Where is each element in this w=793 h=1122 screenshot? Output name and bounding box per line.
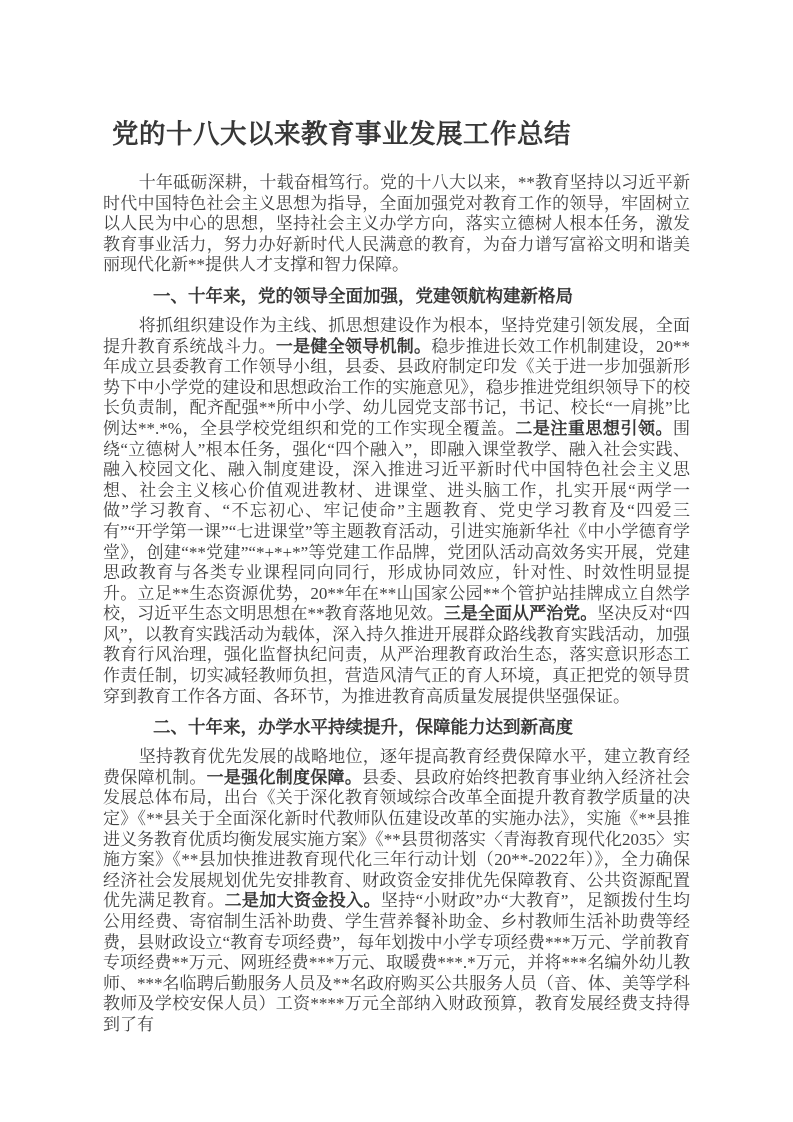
document-page: 党的十八大以来教育事业发展工作总结 十年砥砺深耕，十载奋楫笃行。党的十八大以来，… bbox=[0, 0, 793, 1122]
text-run: 坚持“小财政”办“大教育”，足额拨付生均公用经费、寄宿制生活补助费、学生营养餐补… bbox=[103, 891, 690, 1034]
text-run: 围绕“立德树人”根本任务，强化“四个融入”，即融入课堂教学、融入社会实践、融入校… bbox=[103, 419, 690, 623]
emphasis-run: 三是全面从严治党。 bbox=[444, 604, 597, 623]
section-2-body-paragraph: 坚持教育优先发展的战略地位，逐年提高教育经费保障水平，建立教育经费保障机制。一是… bbox=[103, 747, 690, 1035]
emphasis-run: 一是强化制度保障。 bbox=[207, 768, 362, 787]
emphasis-run: 一是健全领导机制。 bbox=[276, 337, 432, 356]
emphasis-run: 二是注重思想引领。 bbox=[515, 419, 673, 438]
text-run: 十年砥砺深耕，十载奋楫笃行。党的十八大以来，**教育坚持以习近平新时代中国特色社… bbox=[103, 173, 690, 274]
emphasis-run: 二是加大资金投入。 bbox=[225, 891, 381, 910]
section-2-heading: 二、十年来，办学水平持续提升，保障能力达到新高度 bbox=[103, 716, 690, 738]
section-1-body-paragraph: 将抓组织建设作为主线、抓思想建设作为根本，坚持党建引领发展，全面提升教育系统战斗… bbox=[103, 316, 690, 707]
text-run: 县委、县政府始终把教育事业纳入经济社会发展总体布局，出台《关于深化教育领域综合改… bbox=[103, 768, 690, 911]
section-1-heading: 一、十年来，党的领导全面加强，党建领航构建新格局 bbox=[103, 285, 690, 307]
document-title: 党的十八大以来教育事业发展工作总结 bbox=[103, 119, 690, 150]
intro-paragraph: 十年砥砺深耕，十载奋楫笃行。党的十八大以来，**教育坚持以习近平新时代中国特色社… bbox=[103, 173, 690, 276]
